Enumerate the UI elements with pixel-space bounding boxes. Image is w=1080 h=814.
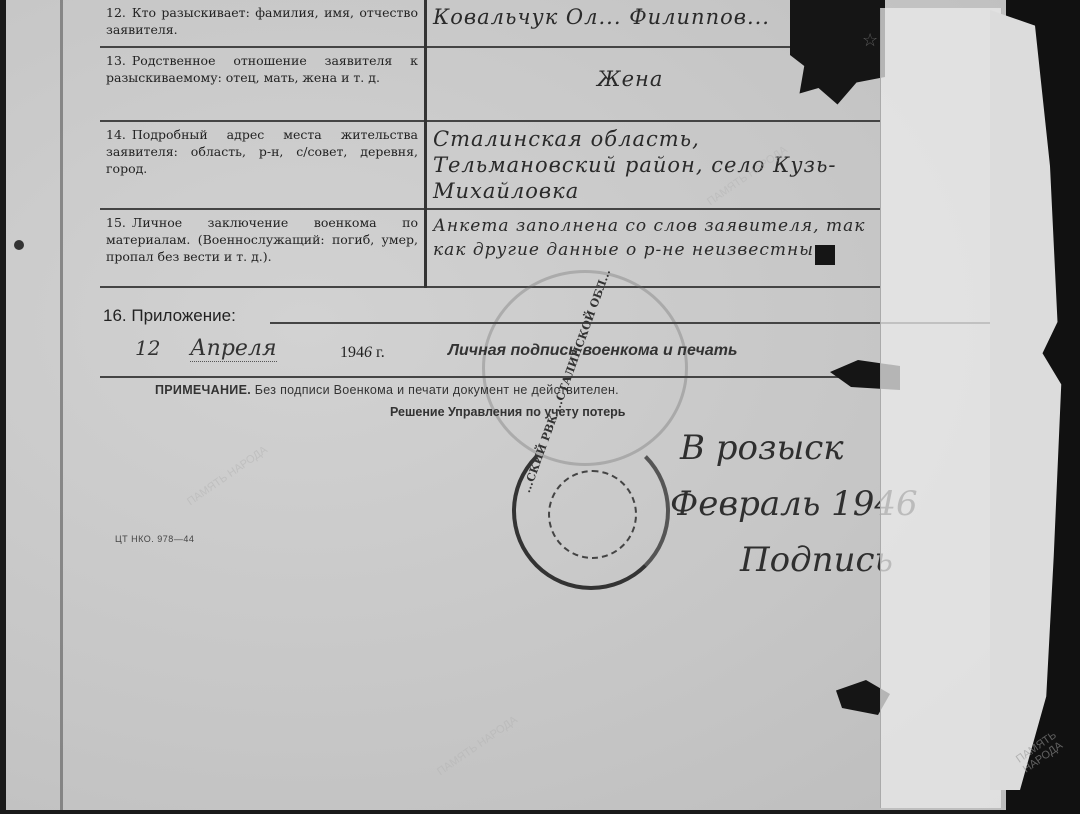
note: ПРИМЕЧАНИЕ. Без подписи Военкома и печат…	[155, 383, 619, 397]
row-label: Родственное отношение заявителя к разыск…	[106, 53, 418, 85]
row-value-handwritten: Анкета заполнена со слов заявителя, так …	[426, 209, 881, 287]
signature-label: Личная подпись военкома и печать	[448, 342, 737, 360]
row-number: 15.	[106, 215, 126, 230]
stamp-inner-ring	[548, 470, 637, 559]
row-number: 12.	[106, 5, 126, 20]
form-row-13: 13.Родственное отношение заявителя к раз…	[100, 47, 880, 121]
row-label: Подробный адрес места жительства заявите…	[106, 127, 418, 176]
form-row-12: 12.Кто разыскивает: фамилия, имя, отчест…	[100, 0, 880, 47]
form-row-15: 15.Личное заключение военкома по материа…	[100, 209, 880, 287]
attachment-field: 16. Приложение:	[103, 306, 236, 326]
row-number: 13.	[106, 53, 126, 68]
row-label: Личное заключение военкома по материалам…	[106, 215, 418, 264]
form-table: 12.Кто разыскивает: фамилия, имя, отчест…	[100, 0, 880, 288]
date-month: Апреля	[190, 336, 277, 362]
attachment-number: 16.	[103, 306, 127, 325]
attachment-label: Приложение:	[131, 306, 235, 325]
row-label: Кто разыскивает: фамилия, имя, отчество …	[106, 5, 418, 37]
decision-heading: Решение Управления по учету потерь	[390, 405, 625, 419]
paper-fold-line	[60, 0, 63, 810]
row-number: 14.	[106, 127, 126, 142]
date-signature-row: 12 Апреля 1946 г. Личная подпись военком…	[100, 336, 880, 378]
date-day: 12	[135, 336, 160, 360]
date-year: 1946 г.	[340, 344, 385, 362]
paper-hole	[815, 245, 835, 265]
note-heading: ПРИМЕЧАНИЕ.	[155, 383, 251, 397]
row-value-handwritten: Сталинская область, Тельмановский район,…	[426, 121, 881, 209]
paper-hole	[14, 240, 24, 250]
watermark-star-icon: ☆	[862, 30, 878, 51]
adhesive-tape-strip	[880, 8, 1002, 808]
form-code: ЦТ НКО. 978—44	[115, 534, 194, 544]
